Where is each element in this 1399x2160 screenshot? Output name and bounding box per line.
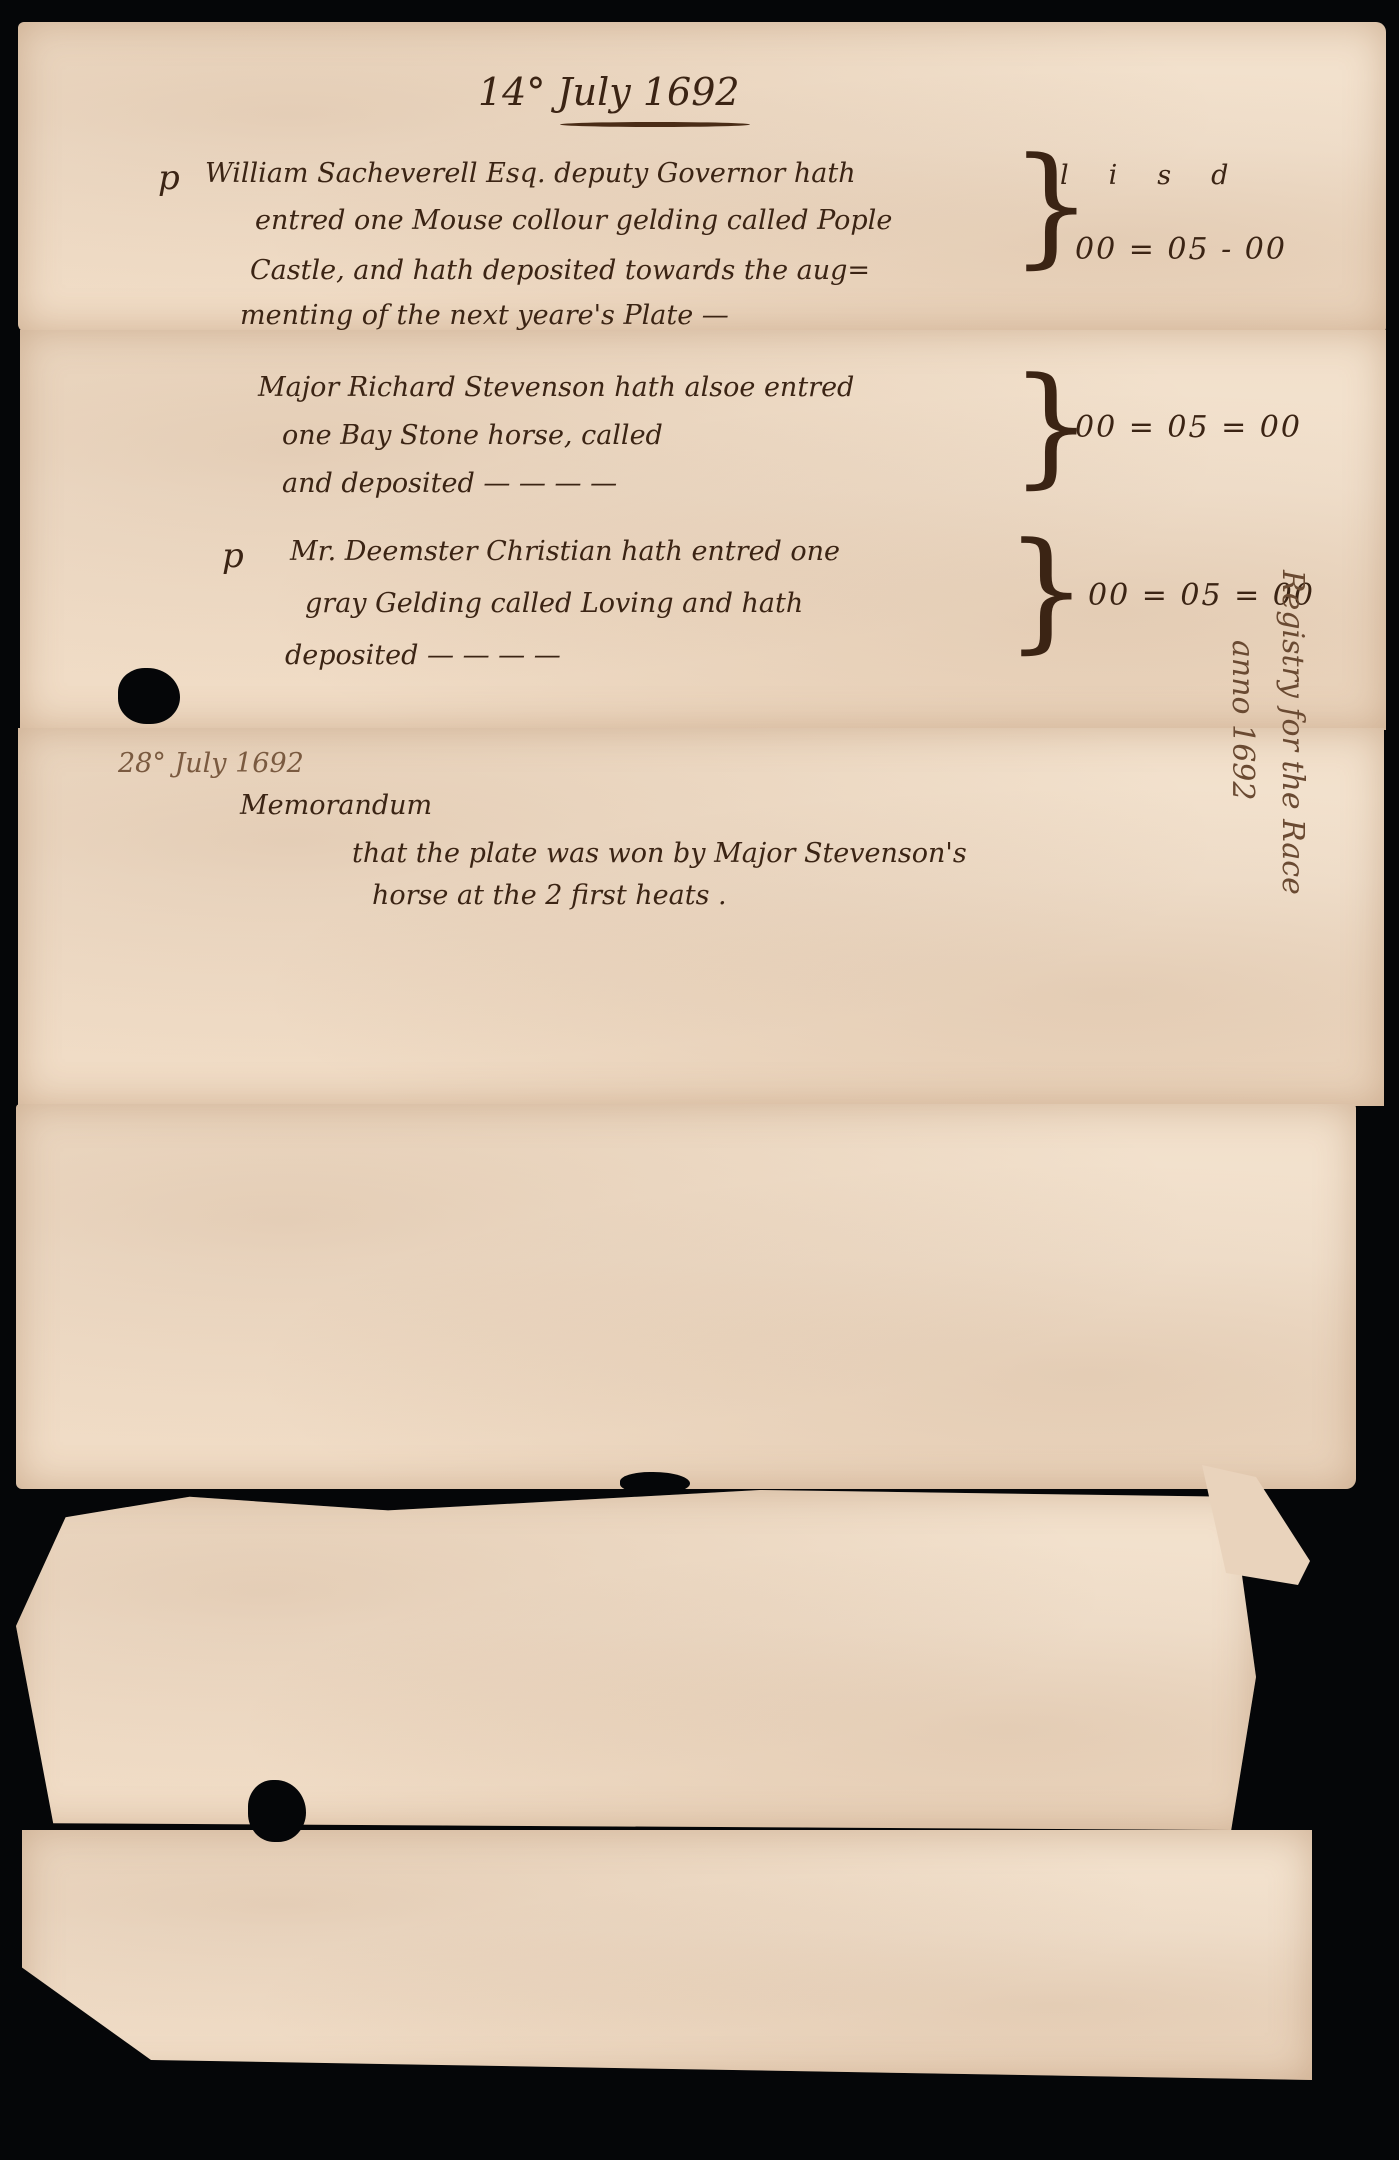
section1-date: 14° July 1692	[478, 70, 740, 114]
section2-date: 28° July 1692	[118, 748, 304, 779]
entry1-line4: menting of the next yeare's Plate —	[240, 300, 729, 331]
date-underline	[560, 122, 750, 127]
memorandum-line1: that the plate was won by Major Stevenso…	[352, 838, 967, 869]
paid-mark: p	[158, 158, 180, 198]
pence-label: d	[1211, 160, 1268, 191]
margin-annotation-line2: anno 1692	[1225, 640, 1260, 800]
paper-strip-3	[18, 728, 1384, 1106]
margin-annotation-line1: Registry for the Race	[1275, 570, 1310, 895]
entry3-line2: gray Gelding called Loving and hath	[305, 588, 803, 619]
entry2-line3: and deposited — — — —	[282, 468, 617, 499]
paper-strip-6-torn	[22, 1830, 1312, 2080]
brace: }	[1005, 525, 1088, 655]
shillings-label: s	[1157, 160, 1211, 191]
entry1-line1: William Sacheverell Esq. deputy Governor…	[205, 158, 856, 189]
entry1-amount: 00 = 05 - 00	[1075, 232, 1287, 267]
paid-mark: p	[222, 536, 244, 576]
entry3-line1: Mr. Deemster Christian hath entred one	[290, 536, 840, 567]
paper-hole	[248, 1780, 306, 1842]
entry3-line3: deposited — — — —	[285, 640, 561, 671]
entry2-line2: one Bay Stone horse, called	[282, 420, 663, 451]
entry1-line2: entred one Mouse collour gelding called …	[255, 205, 892, 236]
entry2-amount: 00 = 05 = 00	[1075, 410, 1302, 445]
memorandum-line2: horse at the 2 first heats .	[372, 880, 727, 911]
entry1-line3: Castle, and hath deposited towards the a…	[250, 255, 870, 286]
paper-strip-4	[16, 1104, 1356, 1489]
entry2-line1: Major Richard Stevenson hath alsoe entre…	[258, 372, 854, 403]
paper-hole	[118, 668, 180, 724]
memorandum-heading: Memorandum	[240, 790, 432, 821]
paper-tear	[620, 1472, 690, 1494]
paper-strip-5-torn	[16, 1490, 1256, 1830]
